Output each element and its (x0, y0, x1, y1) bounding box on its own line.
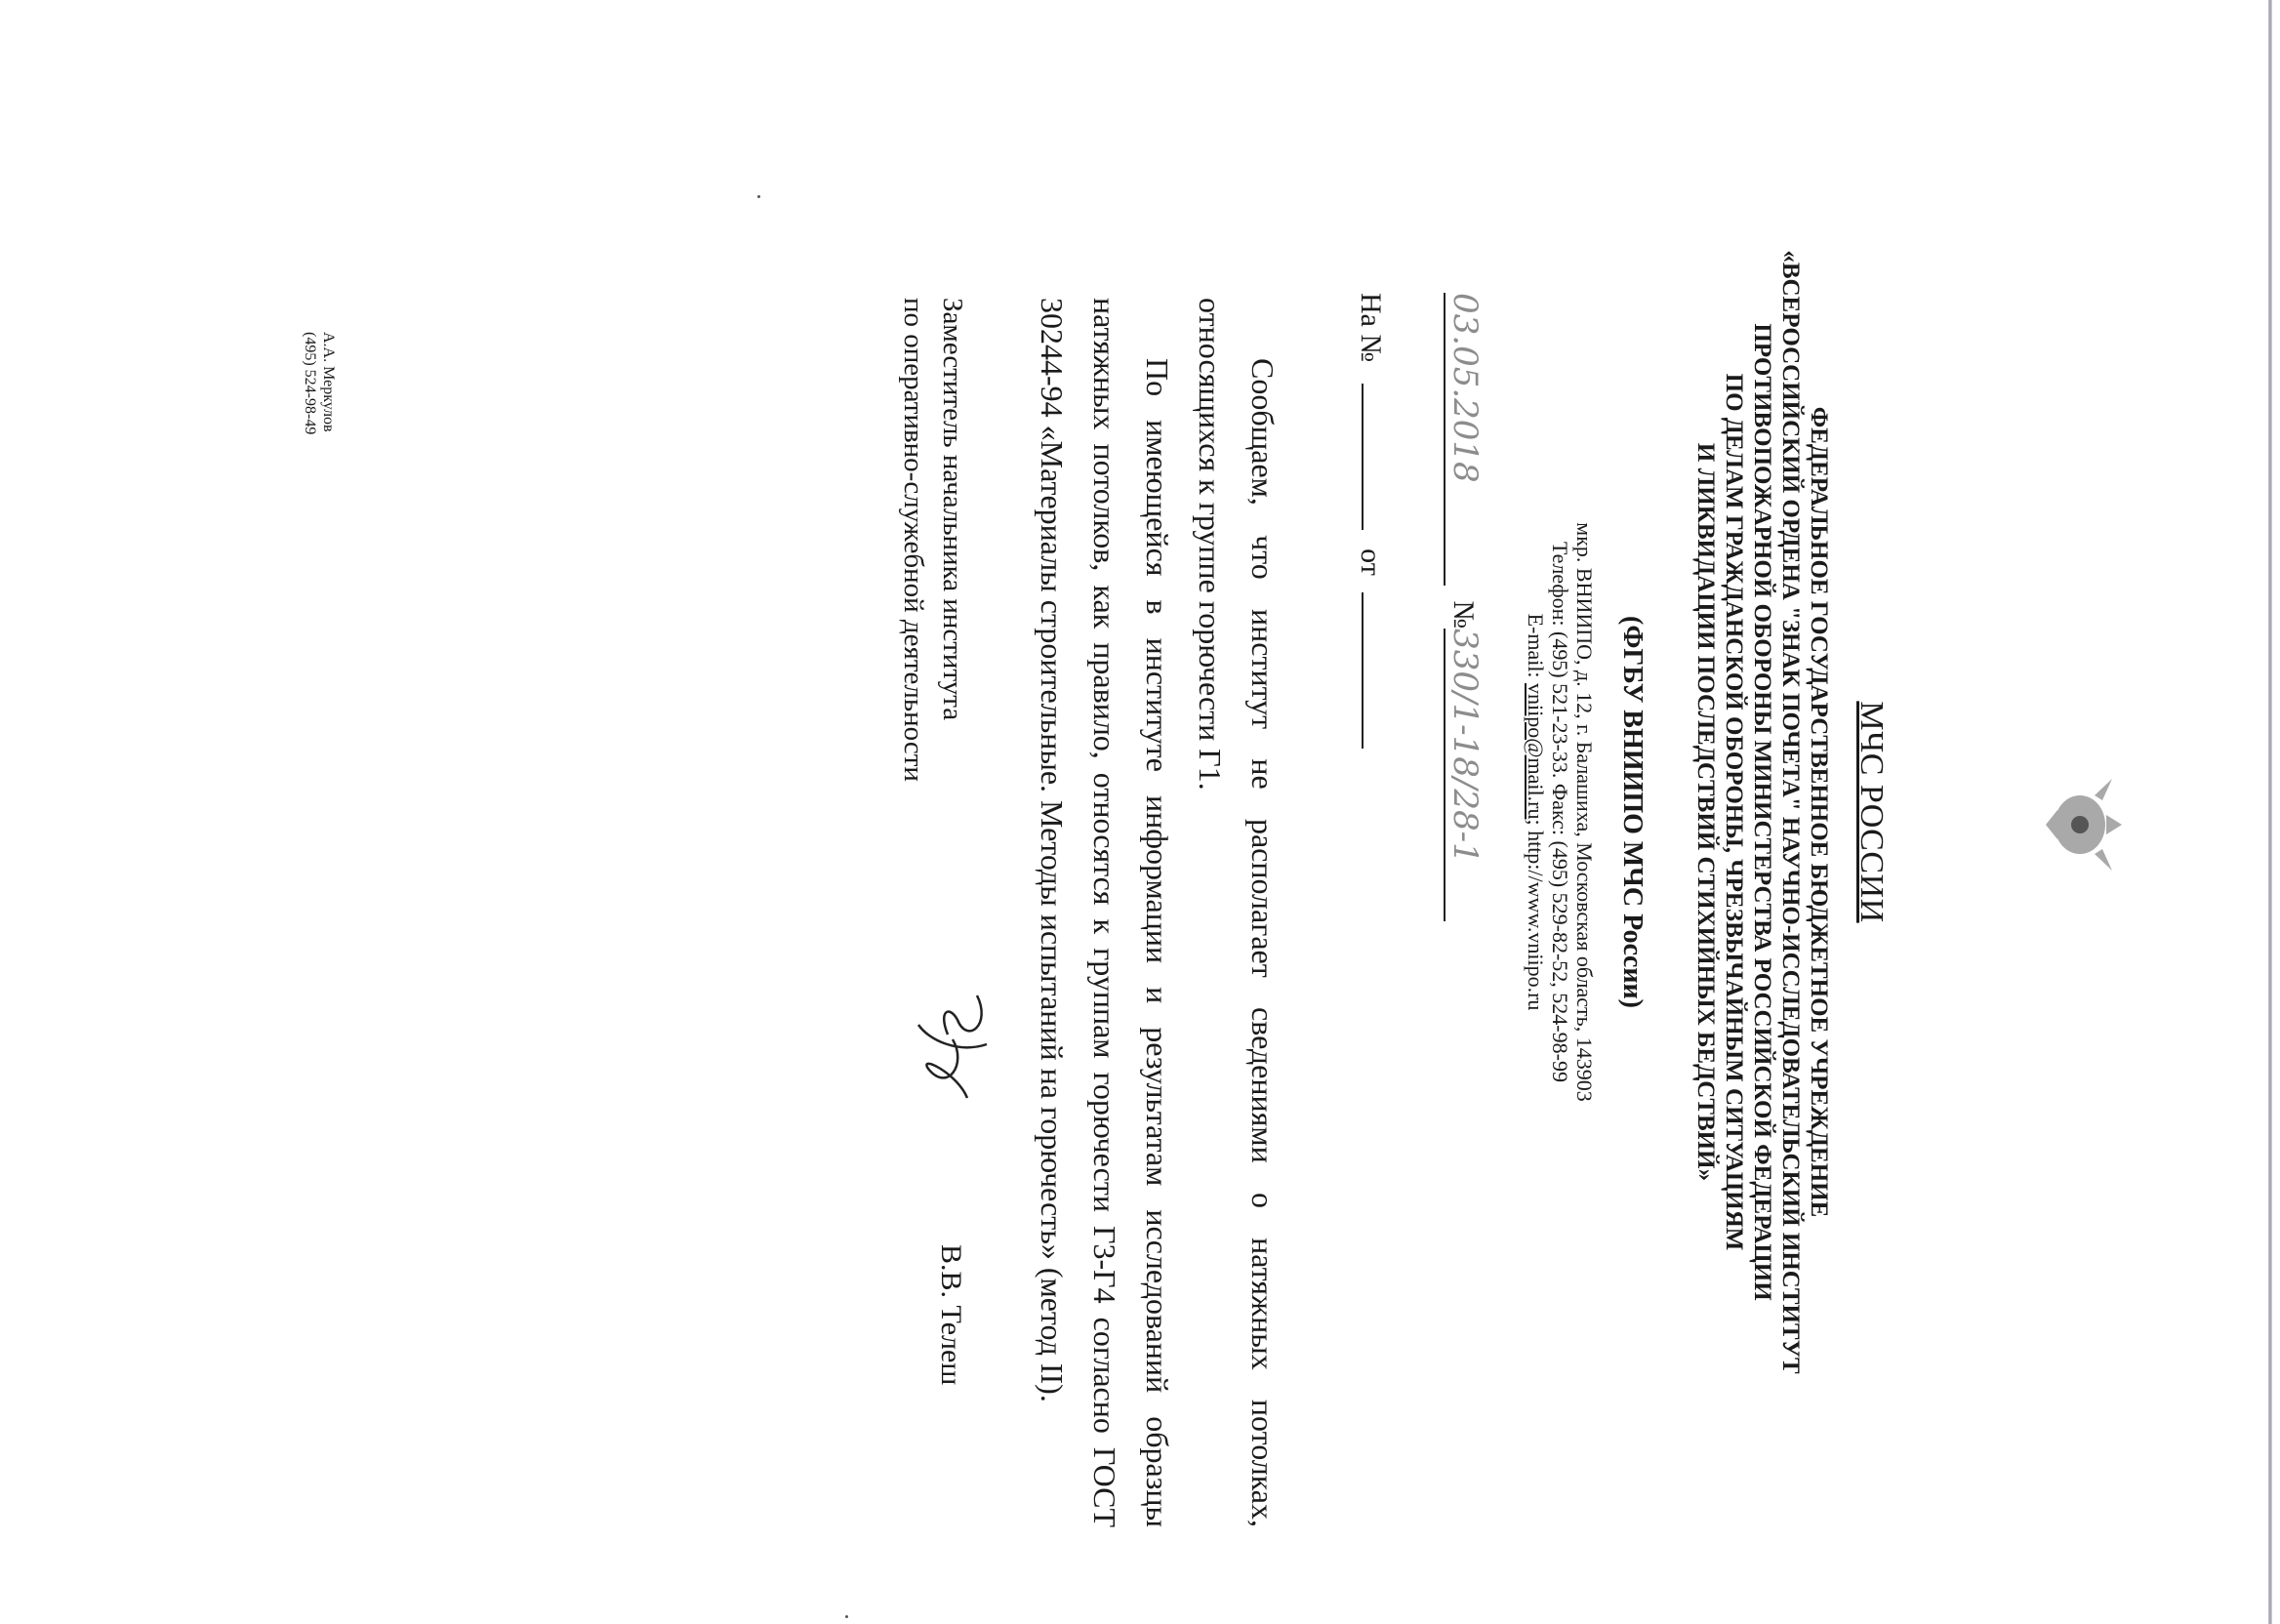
reply-date-field (1362, 592, 1364, 749)
website: ; http://www.vniipo.ru (1524, 819, 1548, 1010)
signatory-title: Заместитель начальника института по опер… (894, 298, 972, 782)
reply-from-label: от (1355, 548, 1387, 576)
letter-body: Сообщаем, что институт не располагает св… (1026, 298, 1289, 1527)
signatory-title-line: Заместитель начальника института (933, 298, 972, 782)
number-field: 330/1-18/28-1 (1444, 629, 1485, 921)
reply-to-line: На № от (1354, 293, 1387, 749)
org-short-name: (ФГБУ ВНИИПО МЧС России) (1616, 0, 1648, 1624)
executor-block: А.А. Меркулов (495) 524-98-49 (301, 332, 338, 434)
executor-phone: (495) 524-98-49 (301, 332, 319, 434)
body-paragraph: По имеющейся в институте информации и ре… (1026, 298, 1184, 1527)
signatory-name: В.В. Телеш (934, 1244, 967, 1385)
org-line: И ЛИКВИДАЦИИ ПОСЛЕДСТВИЙ СТИХИЙНЫХ БЕДСТ… (1691, 0, 1720, 1624)
ministry-heading: МЧС РОССИИ (1852, 0, 1890, 1624)
executor-name: А.А. Меркулов (319, 332, 338, 434)
email-link[interactable]: vniipo@mail.ru (1524, 683, 1548, 819)
address: мкр. ВНИИПО, д. 12, г. Балашиха, Московс… (1572, 0, 1597, 1624)
email-web: E-mail: vniipo@mail.ru; http://www.vniip… (1524, 0, 1548, 1624)
date-field: 03.05.2018 (1444, 293, 1485, 586)
email-label: E-mail: (1524, 614, 1548, 683)
ministry-name: МЧС РОССИИ (1853, 701, 1890, 922)
number-label: № (1447, 601, 1480, 629)
registration-line: 03.05.2018 №330/1-18/28-1 (1444, 293, 1485, 921)
reply-number-label: На № (1355, 293, 1387, 362)
phone-fax: Телефон: (495) 521-23-33. Факс: (495) 52… (1548, 0, 1572, 1624)
contact-block: мкр. ВНИИПО, д. 12, г. Балашиха, Московс… (1524, 0, 1597, 1624)
handwritten-signature-icon (909, 986, 997, 1103)
reply-number-field (1362, 384, 1364, 530)
letter-page: МЧС РОССИИ ФЕДЕРАЛЬНОЕ ГОСУДАРСТВЕННОЕ Б… (0, 0, 2280, 1624)
body-paragraph: Сообщаем, что институт не располагает св… (1184, 298, 1289, 1527)
org-line: ПО ДЕЛАМ ГРАЖДАНСКОЙ ОБОРОНЫ, ЧРЕЗВЫЧАЙН… (1720, 0, 1748, 1624)
org-line: «ВСЕРОССИЙСКИЙ ОРДЕНА "ЗНАК ПОЧЕТА" НАУЧ… (1776, 0, 1805, 1624)
org-line: ФЕДЕРАЛЬНОЕ ГОСУДАРСТВЕННОЕ БЮДЖЕТНОЕ УЧ… (1805, 0, 1833, 1624)
org-line: ПРОТИВОПОЖАРНОЙ ОБОРОНЫ МИНИСТЕРСТВА РОС… (1748, 0, 1776, 1624)
coat-of-arms-emblem-icon (2046, 771, 2124, 878)
signatory-title-line: по оперативно-служебной деятельности (894, 298, 933, 782)
handwritten-date: 03.05.2018 (1445, 293, 1485, 483)
handwritten-number: 330/1-18/28-1 (1445, 629, 1485, 864)
organization-name: ФЕДЕРАЛЬНОЕ ГОСУДАРСТВЕННОЕ БЮДЖЕТНОЕ УЧ… (1691, 0, 1833, 1624)
